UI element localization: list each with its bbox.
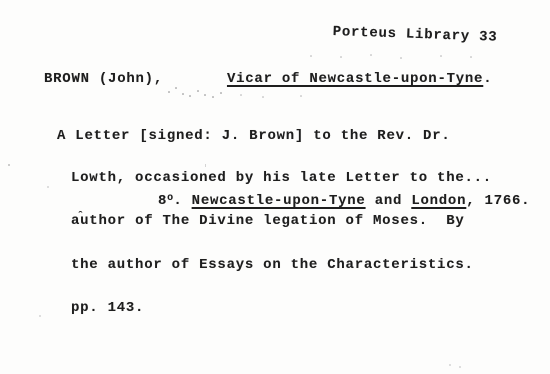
paper-speck (300, 95, 302, 97)
entry-heading: BROWN (John),Vicar of Newcastle-upon-Tyn… (44, 71, 492, 87)
description-line-1: A Letter [signed: J. Brown] to the Rev. … (57, 129, 492, 143)
paper-speck (8, 164, 10, 166)
paper-speck (205, 164, 206, 167)
description-line-4: the author of Essays on the Characterist… (57, 258, 492, 272)
paper-speck (370, 54, 372, 56)
paper-speck (220, 92, 222, 94)
description-line-3: aˆuthor of The Divine legation of Moses.… (57, 214, 492, 229)
author-title-period: . (483, 71, 492, 87)
imprint-conjunction: and (366, 193, 412, 209)
paper-speck (440, 55, 442, 57)
pagination: pp. 143. (57, 301, 492, 315)
author-title: Vicar of Newcastle-upon-Tyne (227, 71, 483, 87)
paper-speck (212, 96, 214, 98)
imprint-place-1: Newcastle-upon-Tyne (192, 193, 366, 209)
format-number: 8 (158, 193, 167, 209)
paper-speck (204, 94, 206, 96)
author-name: BROWN (John), (44, 71, 163, 87)
imprint-line: 8o. Newcastle-upon-Tyne and London, 1766… (158, 193, 530, 209)
catalog-card: Porteus Library 33 BROWN (John),Vicar of… (0, 0, 550, 374)
line3-text: uthor of The Divine legation of Moses. B… (80, 213, 464, 229)
paper-speck (175, 87, 177, 89)
paper-speck (310, 55, 312, 57)
paper-speck (47, 186, 49, 188)
paper-speck (449, 364, 451, 366)
library-stamp: Porteus Library 33 (332, 24, 497, 46)
paper-speck (240, 94, 242, 96)
paper-speck (340, 56, 342, 58)
paper-speck (168, 91, 170, 93)
description-line-2: Lowth, occasioned by his late Letter to … (57, 171, 492, 185)
paper-speck (459, 366, 461, 368)
paper-speck (197, 90, 199, 92)
paper-speck (39, 315, 41, 317)
paper-speck (262, 96, 264, 98)
paper-speck (470, 56, 472, 58)
imprint-year: , 1766. (466, 193, 530, 209)
paper-speck (182, 93, 184, 95)
paper-speck (400, 57, 402, 59)
imprint-place-2: London (411, 193, 466, 209)
entry-description: A Letter [signed: J. Brown] to the Rev. … (57, 100, 492, 344)
paper-speck (189, 95, 191, 97)
format-separator: . (173, 193, 191, 209)
format-superscript: o (167, 193, 173, 204)
